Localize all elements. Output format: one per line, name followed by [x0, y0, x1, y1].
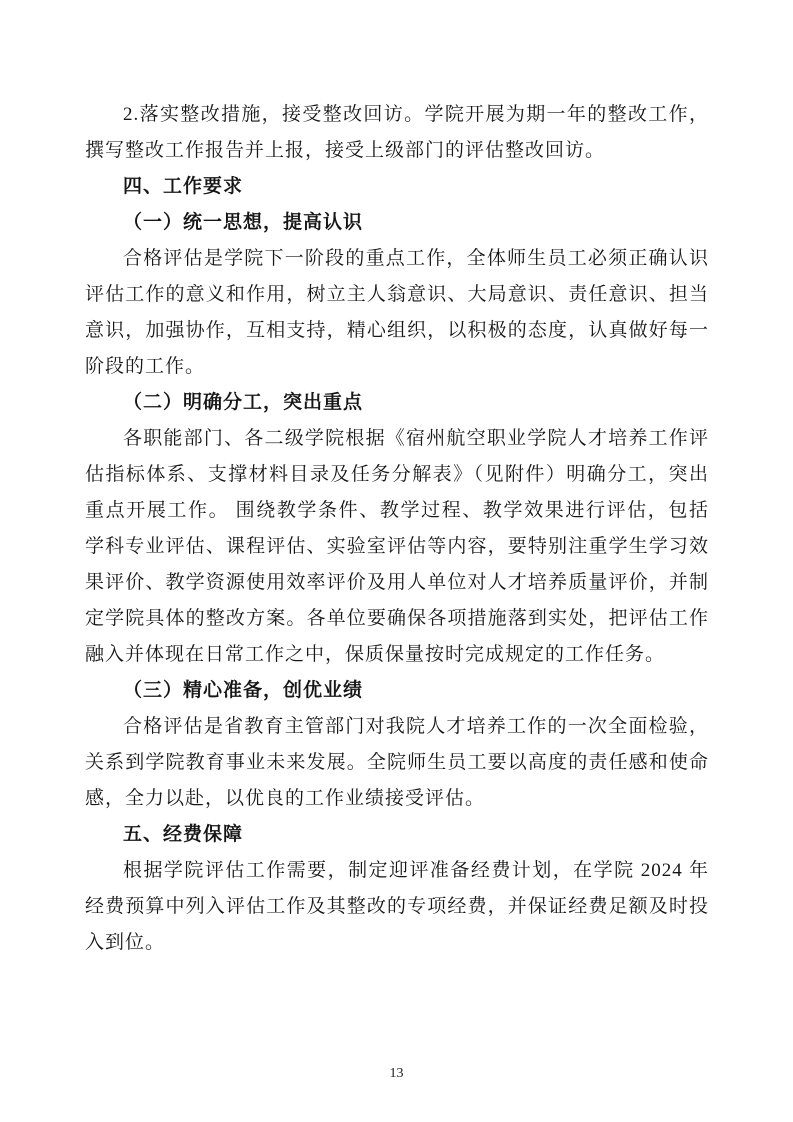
section-heading: 五、经费保障: [85, 817, 709, 853]
paragraph: 2.落实整改措施，接受整改回访。学院开展为期一年的整改工作，撰写整改工作报告并上…: [85, 97, 709, 169]
page-number: 13: [0, 1066, 793, 1082]
section-heading: （二）明确分工，突出重点: [85, 385, 709, 421]
section-heading: （一）统一思想，提高认识: [85, 205, 709, 241]
paragraph: 合格评估是学院下一阶段的重点工作，全体师生员工必须正确认识评估工作的意义和作用，…: [85, 241, 709, 385]
paragraph: 根据学院评估工作需要，制定迎评准备经费计划，在学院 2024 年经费预算中列入评…: [85, 853, 709, 961]
document-body: 2.落实整改措施，接受整改回访。学院开展为期一年的整改工作，撰写整改工作报告并上…: [85, 97, 709, 961]
section-heading: （三）精心准备，创优业绩: [85, 673, 709, 709]
paragraph: 合格评估是省教育主管部门对我院人才培养工作的一次全面检验，关系到学院教育事业未来…: [85, 709, 709, 817]
document-page: 2.落实整改措施，接受整改回访。学院开展为期一年的整改工作，撰写整改工作报告并上…: [0, 0, 793, 1122]
section-heading: 四、工作要求: [85, 169, 709, 205]
paragraph: 各职能部门、各二级学院根据《宿州航空职业学院人才培养工作评估指标体系、支撑材料目…: [85, 421, 709, 673]
